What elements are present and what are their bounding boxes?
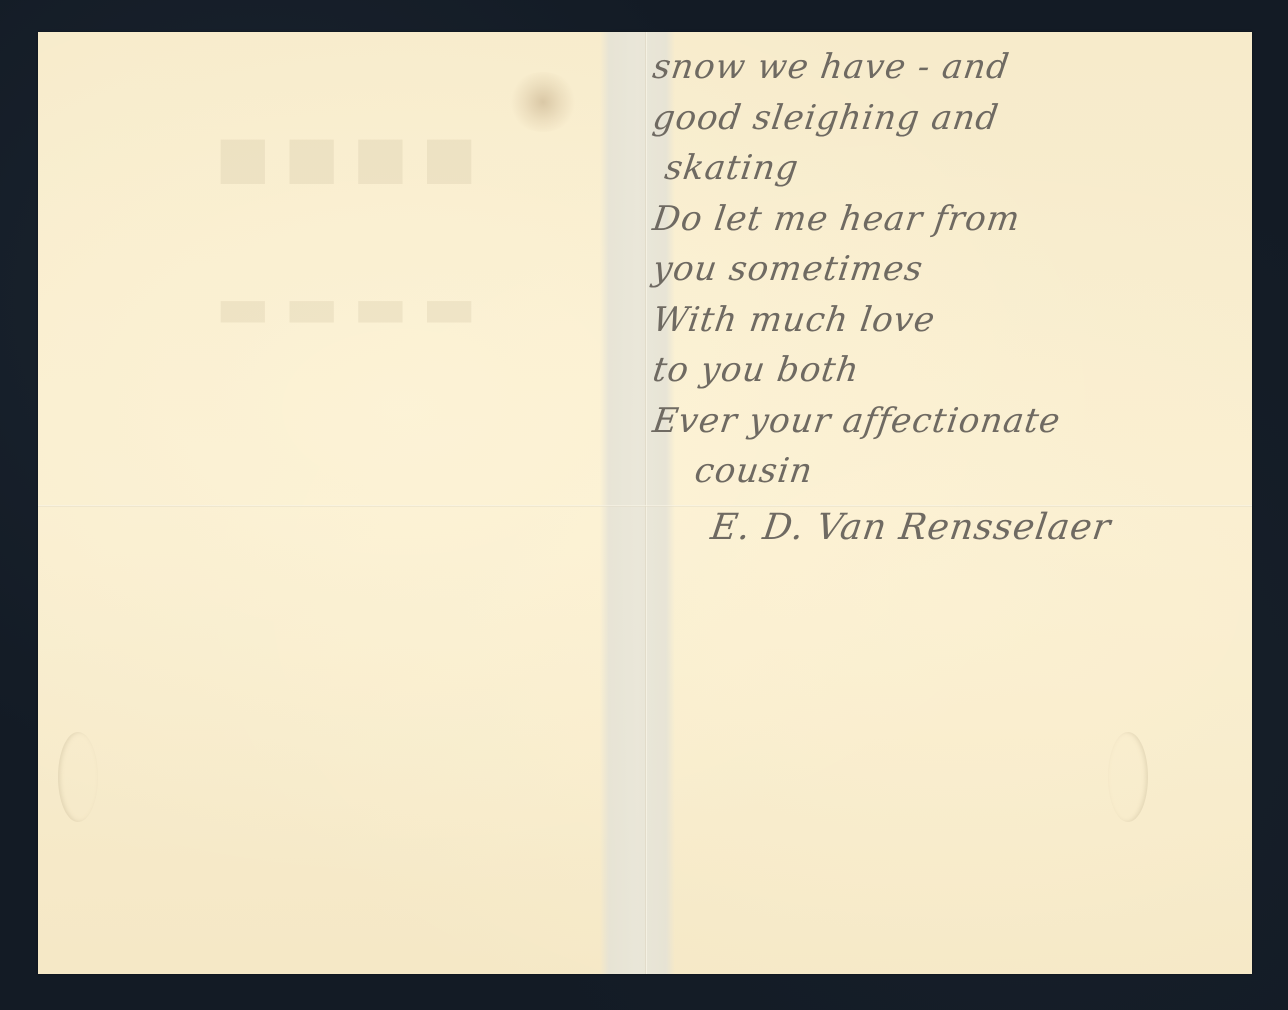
letter-line: Do let me hear from <box>649 194 1226 245</box>
letter-closing: With much love <box>649 295 1226 346</box>
right-emboss-mark <box>1108 732 1148 822</box>
letter-closing: cousin <box>649 446 1226 497</box>
letter-closing: Ever your affectionate <box>649 396 1226 447</box>
right-page-handwriting: snow we have - and good sleighing and sk… <box>653 42 1223 553</box>
letter-line: snow we have - and <box>649 42 1226 93</box>
letter-line: skating <box>649 143 1226 194</box>
vertical-fold-crease <box>645 32 647 974</box>
left-page-show-through: ■■■■▬▬▬▬ <box>138 82 568 412</box>
letter-line: good sleighing and <box>649 93 1226 144</box>
foxing-stain <box>508 72 578 132</box>
letter-closing: to you both <box>649 345 1226 396</box>
left-emboss-mark <box>58 732 98 822</box>
signature: E. D. Van Rensselaer <box>649 503 1226 554</box>
letter-line: you sometimes <box>649 244 1226 295</box>
